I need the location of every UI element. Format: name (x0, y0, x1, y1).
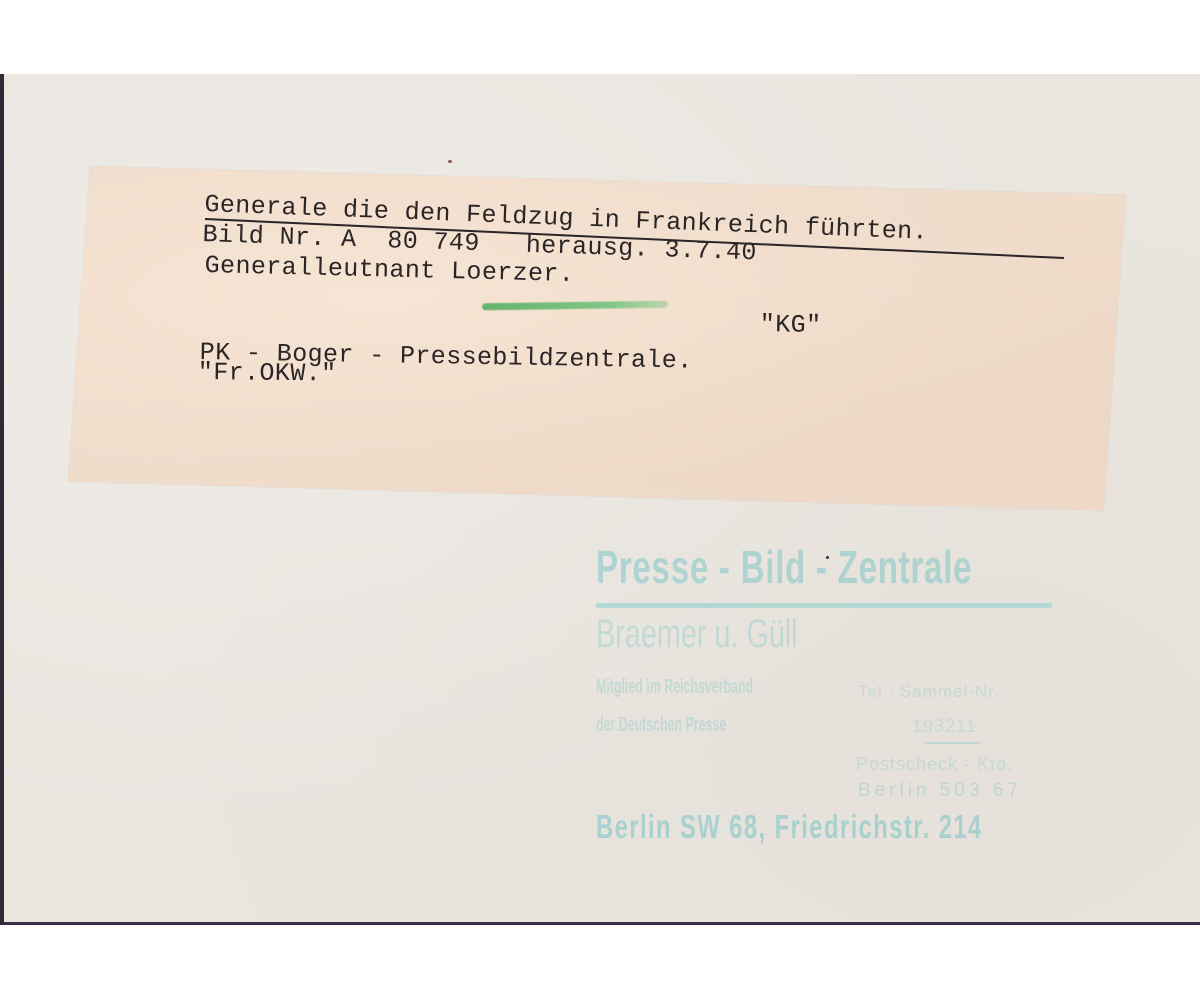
stamp-postscheck-account: Berlin 503 67 (858, 780, 1022, 802)
stamp-firm-name: Braemer u. Güll (596, 612, 798, 657)
ink-speck (826, 556, 829, 559)
stamp-telephone-number: 193211 (912, 716, 977, 737)
ink-speck (448, 160, 452, 163)
stamp-membership-line-1: Mitglied im Reichsverband (596, 676, 753, 699)
censor-mark: "KG" (760, 312, 822, 338)
stamp-small-divider (925, 742, 980, 744)
stamp-postscheck-label: Postscheck - Kto. (856, 754, 1013, 775)
stamp-agency-title: Presse - Bild - Zentrale (596, 540, 972, 594)
caption-source-line: "Fr.OKW." (198, 360, 337, 386)
stamp-divider (596, 603, 1052, 608)
stamp-membership-line-2: der Deutschen Presse (596, 714, 726, 737)
stamp-address: Berlin SW 68, Friedrichstr. 214 (596, 808, 983, 846)
stamp-telephone-label: Tel.: Sammel-Nr. (858, 682, 1000, 702)
